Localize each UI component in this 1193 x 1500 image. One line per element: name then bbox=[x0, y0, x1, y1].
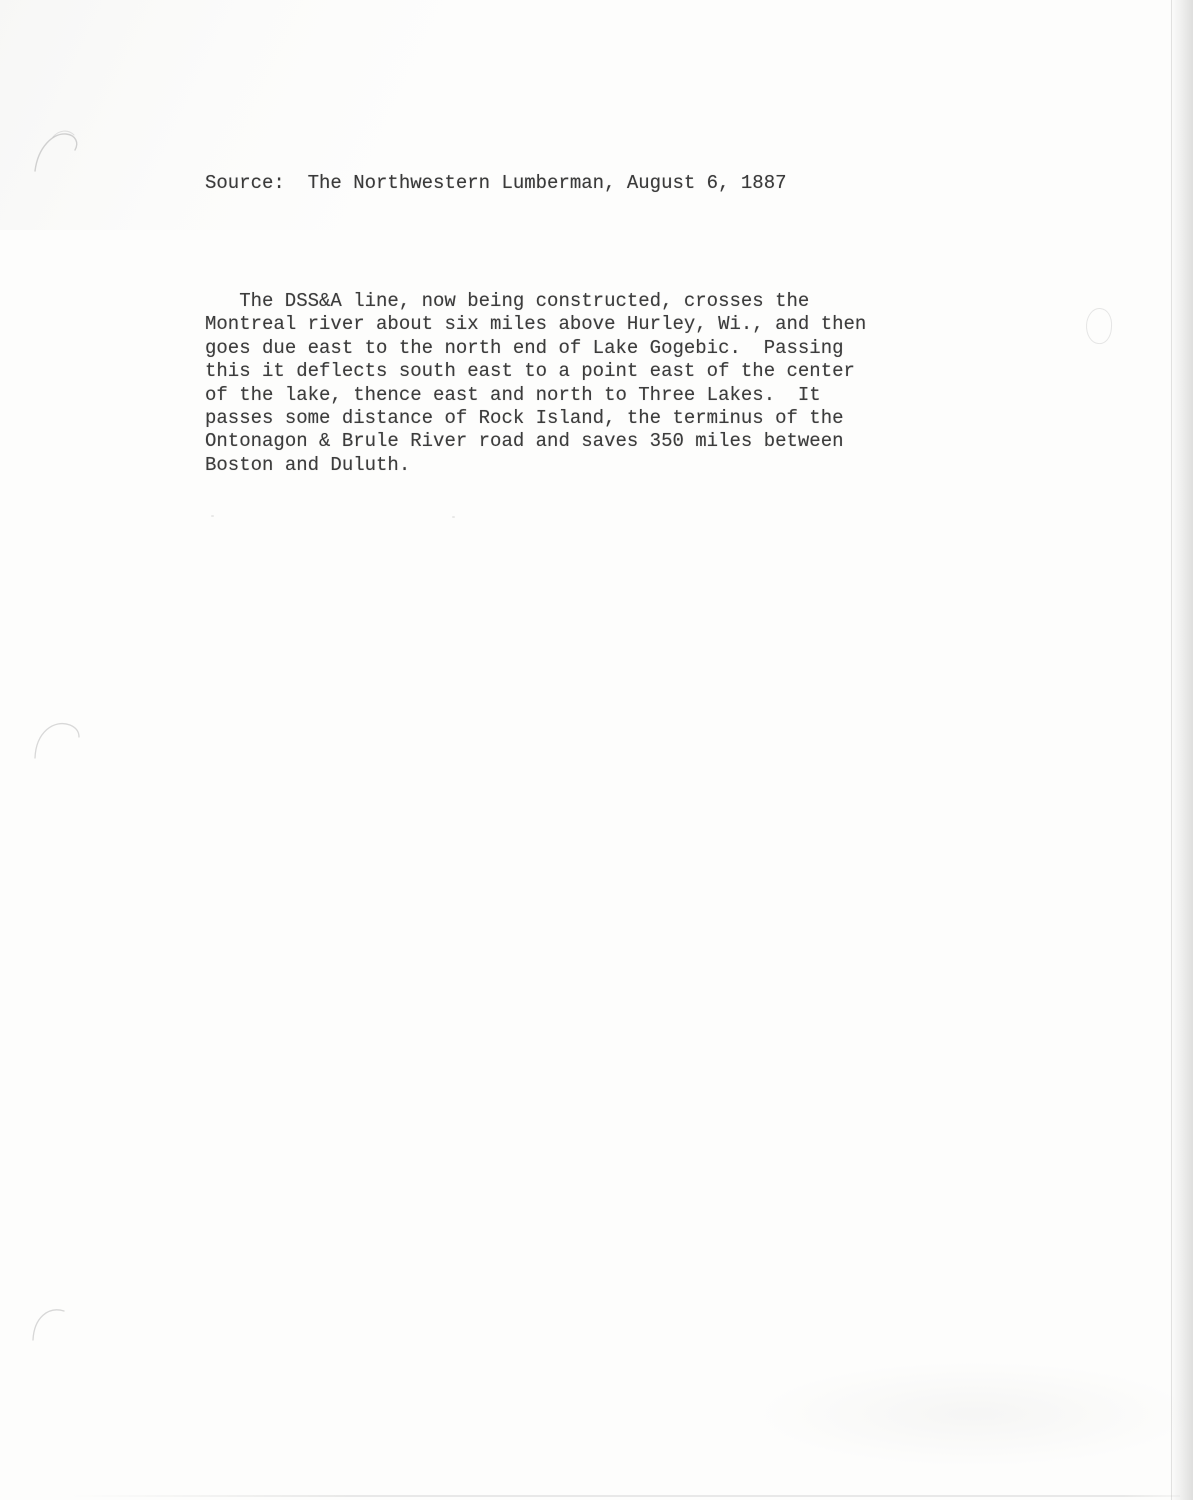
scanned-document-page: Source: The Northwestern Lumberman, Augu… bbox=[0, 0, 1193, 1500]
body-paragraph: The DSS&A line, now being constructed, c… bbox=[205, 290, 866, 477]
paragraph-line: Ontonagon & Brule River road and saves 3… bbox=[205, 430, 866, 453]
pencil-arc-middle-mark bbox=[28, 712, 86, 764]
scan-bottom-edge bbox=[70, 1495, 1180, 1497]
scan-speck bbox=[452, 516, 455, 518]
paragraph-line: Boston and Duluth. bbox=[205, 454, 866, 477]
faint-oval-mark bbox=[1085, 307, 1113, 345]
paragraph-line: of the lake, thence east and north to Th… bbox=[205, 384, 866, 407]
paragraph-line: The DSS&A line, now being constructed, c… bbox=[205, 290, 866, 313]
source-line: Source: The Northwestern Lumberman, Augu… bbox=[205, 171, 787, 195]
scan-texture bbox=[0, 0, 620, 230]
paragraph-line: Montreal river about six miles above Hur… bbox=[205, 313, 866, 336]
paragraph-line: passes some distance of Rock Island, the… bbox=[205, 407, 866, 430]
scan-smudge bbox=[760, 1362, 1190, 1466]
paragraph-line: goes due east to the north end of Lake G… bbox=[205, 337, 866, 360]
page-right-edge-shadow bbox=[1170, 0, 1193, 1500]
pencil-arc-bottom-mark bbox=[26, 1298, 76, 1346]
scan-speck bbox=[211, 515, 214, 517]
paragraph-line: this it deflects south east to a point e… bbox=[205, 360, 866, 383]
pencil-arc-top-mark bbox=[25, 123, 89, 181]
